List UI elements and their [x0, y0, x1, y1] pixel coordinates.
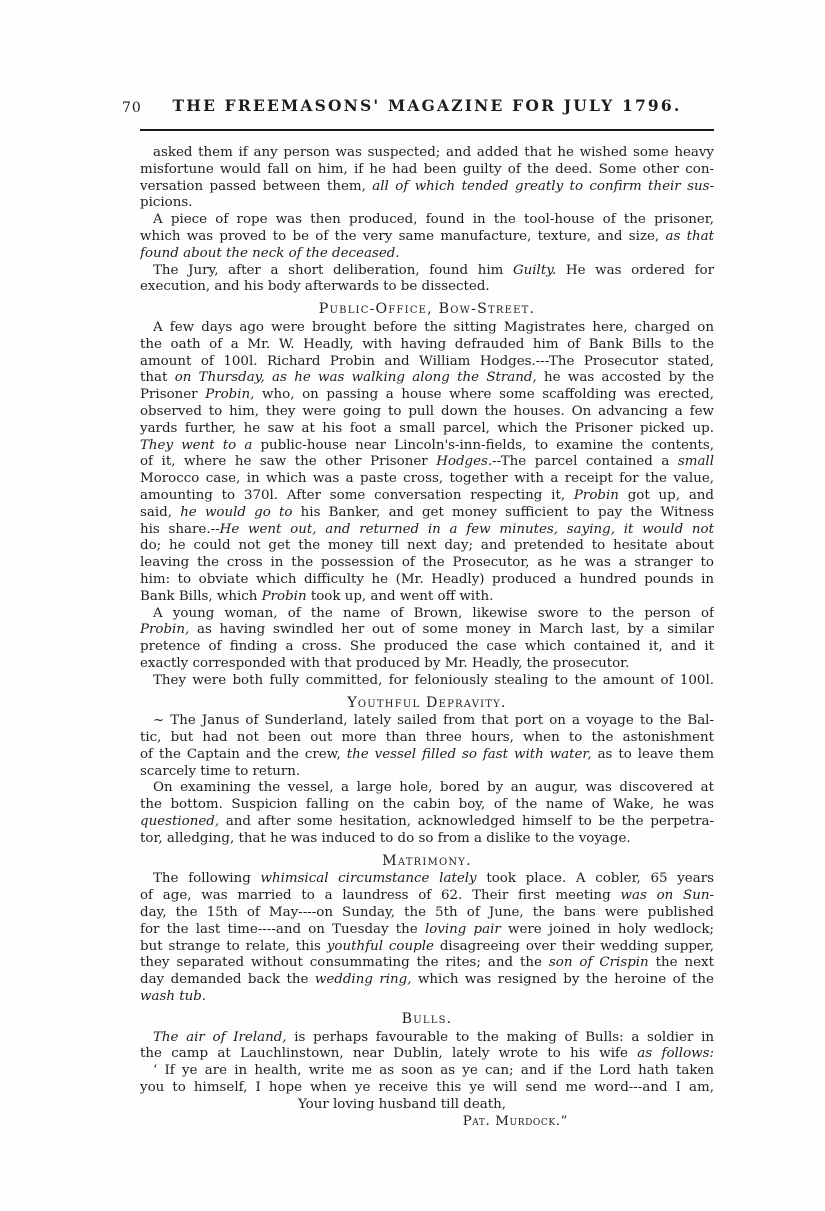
text-line: you to himself, I hope when ye receive t… — [140, 1080, 714, 1097]
text-line: Morocco case, in which was a paste cross… — [140, 471, 714, 488]
article-section: Youthful Depravity.~ The Janus of Sunder… — [140, 695, 714, 848]
text-line: day, the 15th of May----on Sunday, the 5… — [140, 905, 714, 922]
article-section: Bulls.The air of Ireland, is perhaps fav… — [140, 1011, 714, 1131]
text-line: The following whimsical circumstance lat… — [140, 871, 714, 888]
text-line: found about the neck of the deceased. — [140, 246, 714, 263]
text-line: yards further, he saw at his foot a smal… — [140, 421, 714, 438]
paragraph: asked them if any person was suspected; … — [140, 145, 714, 212]
text-line: asked them if any person was suspected; … — [140, 145, 714, 162]
section-heading: Public-Office, Bow-Street. — [140, 301, 714, 318]
paragraph: ~ The Janus of Sunderland, lately sailed… — [140, 713, 714, 780]
text-line: amount of 100l. Richard Probin and Willi… — [140, 354, 714, 371]
text-line: day demanded back the wedding ring, whic… — [140, 972, 714, 989]
article-section: Matrimony.The following whimsical circum… — [140, 853, 714, 1006]
text-line: pretence of finding a cross. She produce… — [140, 639, 714, 656]
text-line: the oath of a Mr. W. Headly, with having… — [140, 337, 714, 354]
paragraph: A young woman, of the name of Brown, lik… — [140, 606, 714, 673]
text-line: of it, where he saw the other Prisoner H… — [140, 454, 714, 471]
text-line: Prisoner Probin, who, on passing a house… — [140, 387, 714, 404]
text-line: the camp at Lauchlinstown, near Dublin, … — [140, 1046, 714, 1063]
article-section: Public-Office, Bow-Street.A few days ago… — [140, 301, 714, 689]
magazine-page: 70 THE FREEMASONS' MAGAZINE FOR JULY 179… — [0, 0, 825, 1211]
text-line: A few days ago were brought before the s… — [140, 320, 714, 337]
paragraph: They were both fully committed, for felo… — [140, 673, 714, 690]
text-line: tor, alledging, that he was induced to d… — [140, 831, 714, 848]
paragraph: ‘ If ye are in health, write me as soon … — [140, 1063, 714, 1130]
text-line: observed to him, they were going to pull… — [140, 404, 714, 421]
text-line: exactly corresponded with that produced … — [140, 656, 714, 673]
text-line: which was proved to be of the very same … — [140, 229, 714, 246]
header-rule — [140, 129, 714, 131]
text-line: questioned, and after some hesitation, a… — [140, 814, 714, 831]
text-line: scarcely time to return. — [140, 764, 714, 781]
text-line: Your loving husband till death, — [140, 1097, 714, 1114]
text-line: The air of Ireland, is perhaps favourabl… — [140, 1030, 714, 1047]
text-line: but strange to relate, this youthful cou… — [140, 939, 714, 956]
text-line: They were both fully committed, for felo… — [140, 673, 714, 690]
text-line: On examining the vessel, a large hole, b… — [140, 780, 714, 797]
paragraph: The air of Ireland, is perhaps favourabl… — [140, 1030, 714, 1064]
articles: asked them if any person was suspected; … — [140, 145, 714, 1130]
text-line: that on Thursday, as he was walking alon… — [140, 370, 714, 387]
page-number: 70 — [122, 100, 142, 117]
article-section: asked them if any person was suspected; … — [140, 145, 714, 296]
paragraph: A few days ago were brought before the s… — [140, 320, 714, 606]
text-line: leaving the cross in the possession of t… — [140, 555, 714, 572]
text-line: they separated without consummating the … — [140, 955, 714, 972]
text-line: amounting to 370l. After some conversati… — [140, 488, 714, 505]
text-line: of age, was married to a laundress of 62… — [140, 888, 714, 905]
text-line: They went to a public-house near Lincoln… — [140, 438, 714, 455]
page-header: 70 THE FREEMASONS' MAGAZINE FOR JULY 179… — [140, 98, 714, 120]
text-line: misfortune would fall on him, if he had … — [140, 162, 714, 179]
text-line: do; he could not get the money till next… — [140, 538, 714, 555]
paragraph: The following whimsical circumstance lat… — [140, 871, 714, 1005]
text-line: picions. — [140, 195, 714, 212]
text-line: execution, and his body afterwards to be… — [140, 279, 714, 296]
text-line: Bank Bills, which Probin took up, and we… — [140, 589, 714, 606]
magazine-title: THE FREEMASONS' MAGAZINE FOR JULY 1796. — [140, 98, 714, 115]
section-heading: Matrimony. — [140, 853, 714, 870]
text-line: him: to obviate which difficulty he (Mr.… — [140, 572, 714, 589]
text-line: The Jury, after a short deliberation, fo… — [140, 263, 714, 280]
text-line: A young woman, of the name of Brown, lik… — [140, 606, 714, 623]
text-line: Probin, as having swindled her out of so… — [140, 622, 714, 639]
text-block: 70 THE FREEMASONS' MAGAZINE FOR JULY 179… — [140, 98, 714, 1130]
text-line: of the Captain and the crew, the vessel … — [140, 747, 714, 764]
text-line: versation passed between them, all of wh… — [140, 179, 714, 196]
paragraph: The Jury, after a short deliberation, fo… — [140, 263, 714, 297]
text-line: said, he would go to his Banker, and get… — [140, 505, 714, 522]
text-line: ~ The Janus of Sunderland, lately sailed… — [140, 713, 714, 730]
text-line: tic, but had not been out more than thre… — [140, 730, 714, 747]
text-line: ‘ If ye are in health, write me as soon … — [140, 1063, 714, 1080]
text-line: his share.--He went out, and returned in… — [140, 522, 714, 539]
section-heading: Bulls. — [140, 1011, 714, 1028]
text-line: the bottom. Suspicion falling on the cab… — [140, 797, 714, 814]
section-heading: Youthful Depravity. — [140, 695, 714, 712]
text-line: Pat. Murdock.” — [140, 1114, 714, 1131]
paragraph: On examining the vessel, a large hole, b… — [140, 780, 714, 847]
text-line: for the last time----and on Tuesday the … — [140, 922, 714, 939]
text-line: A piece of rope was then produced, found… — [140, 212, 714, 229]
text-line: wash tub. — [140, 989, 714, 1006]
paragraph: A piece of rope was then produced, found… — [140, 212, 714, 262]
